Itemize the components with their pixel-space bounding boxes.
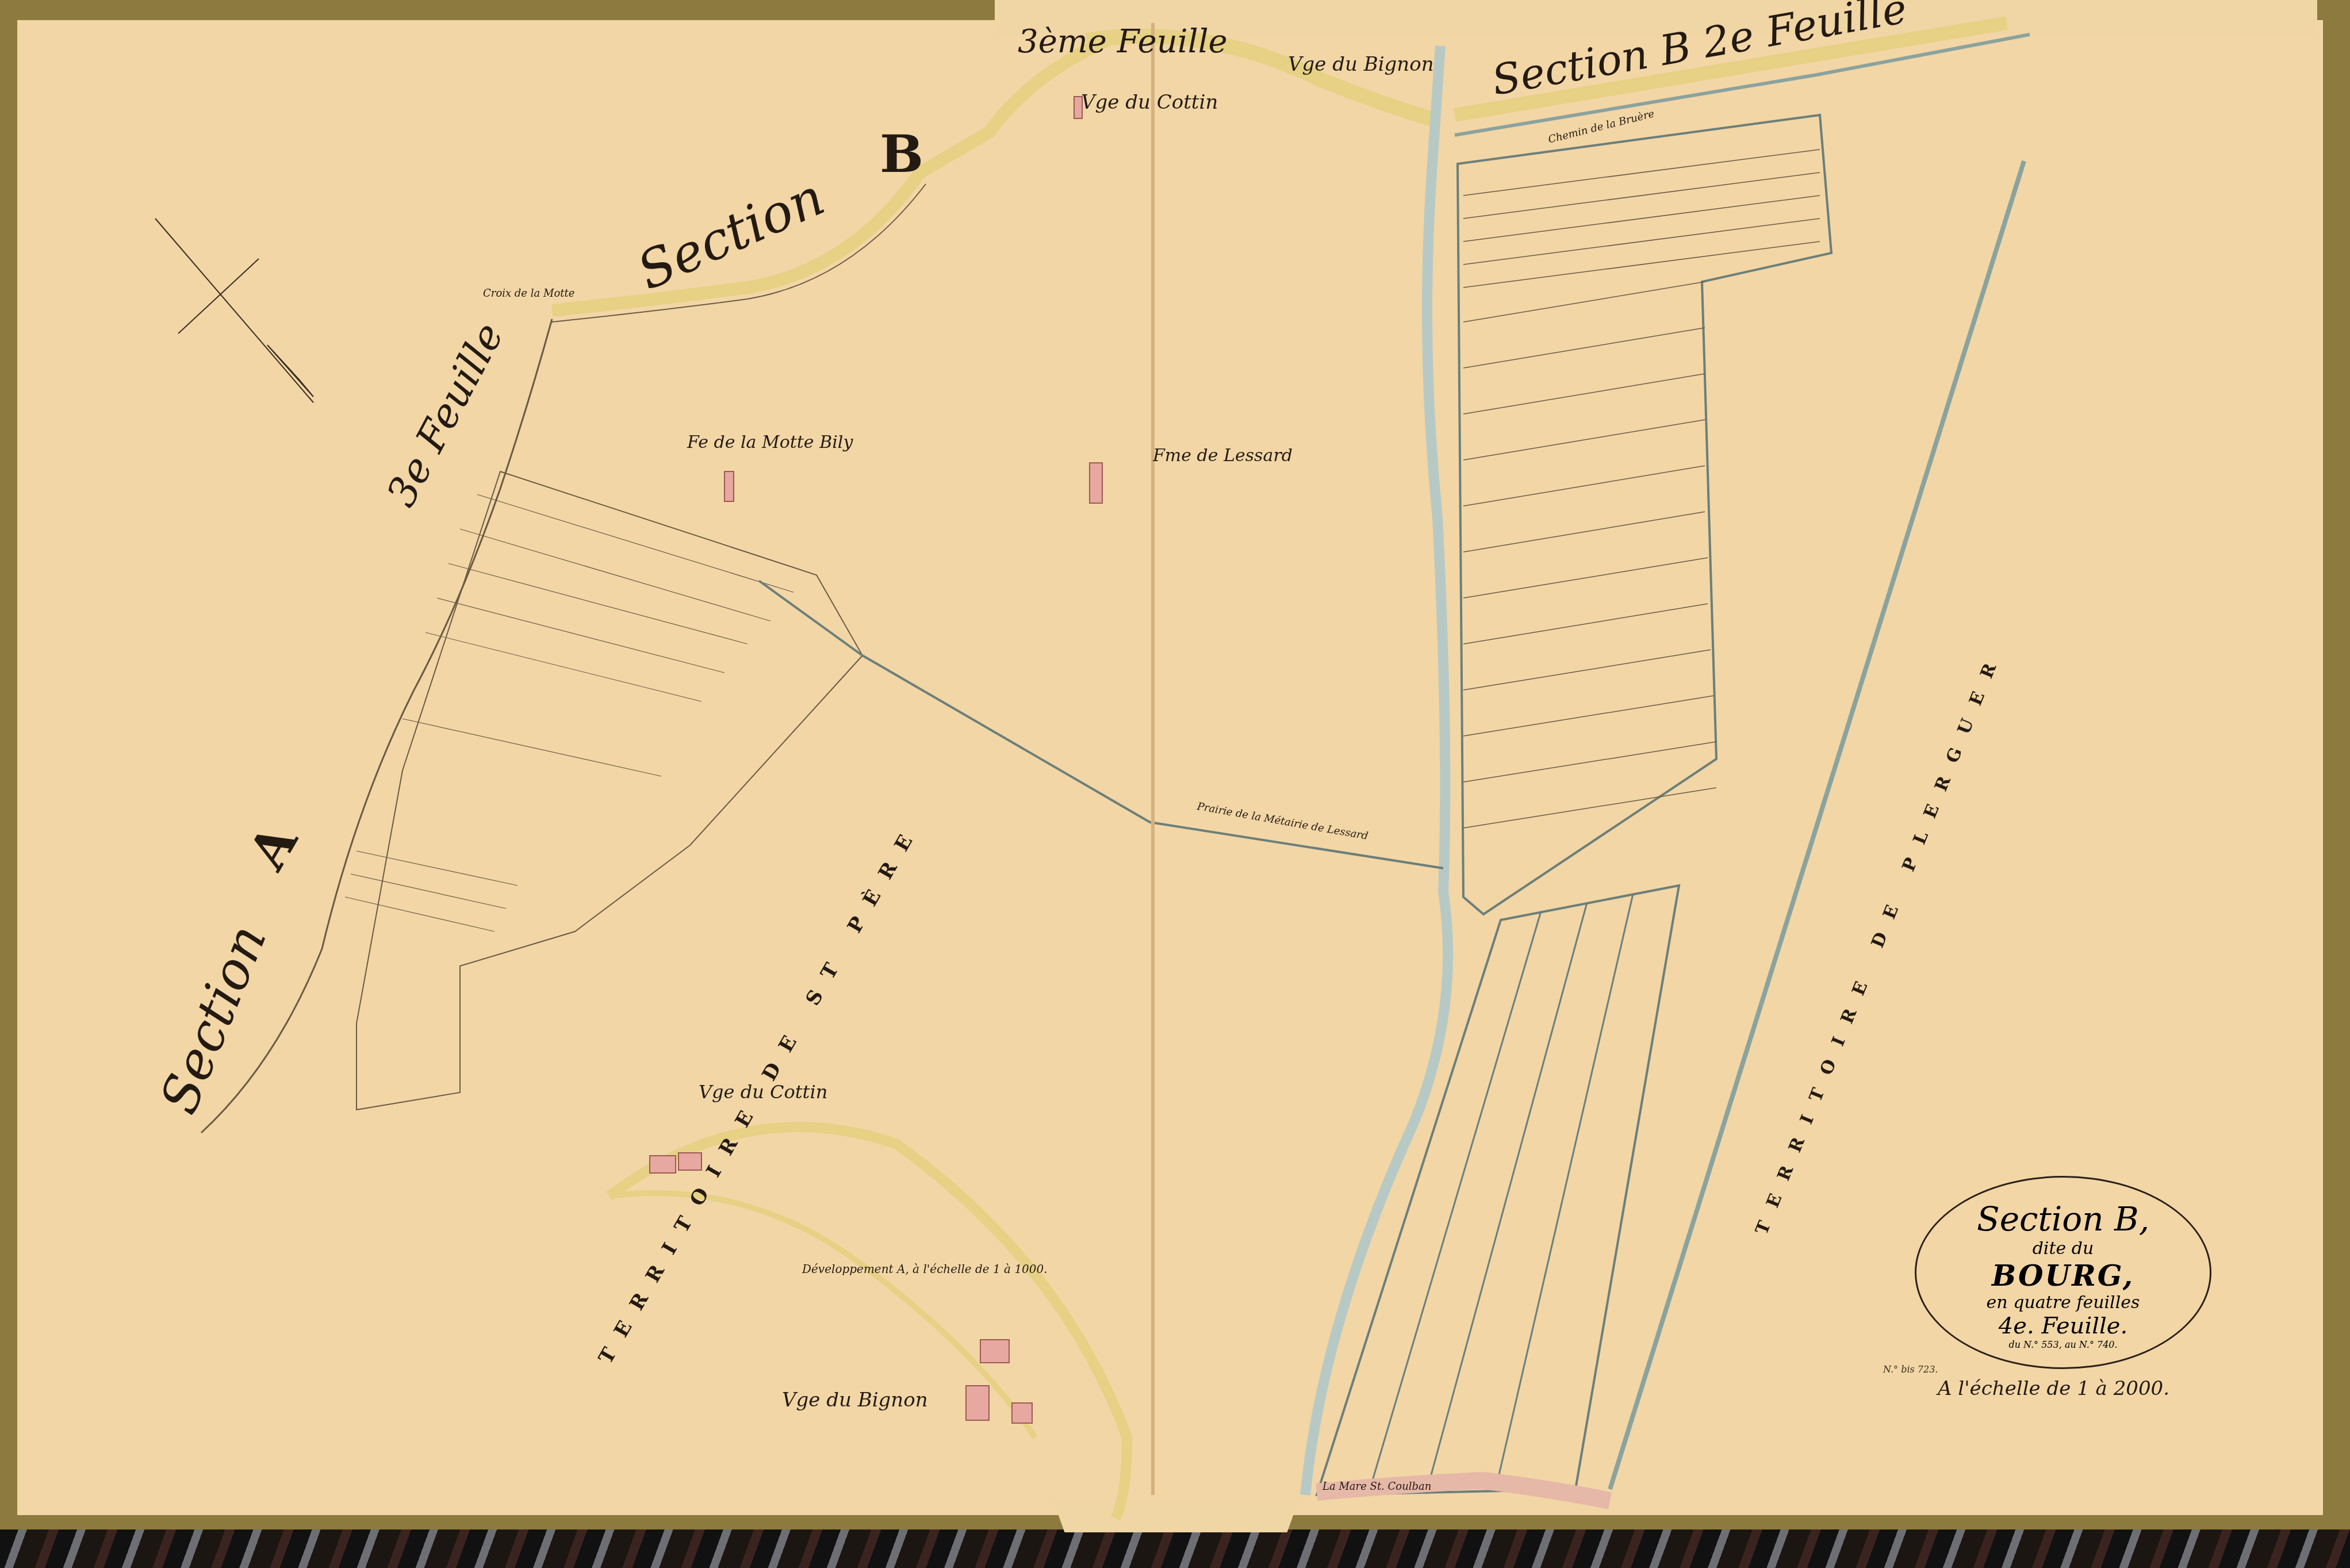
cartouche-sheet-number: 4e. Feuille. [1916,1313,2210,1339]
inset-scale-note: Développement A, à l'échelle de 1 à 1000… [802,1262,1048,1276]
place-motte-bily: Fe de la Motte Bily [687,432,853,453]
cartouche-dite: dite du [1916,1239,2210,1259]
river-meleuc [1305,46,1448,1495]
cartouche-sheets: en quatre feuilles [1916,1293,2210,1313]
title-cartouche: Section B, dite du BOURG, en quatre feui… [1915,1176,2211,1369]
cartouche-section: Section B, [1916,1199,2210,1239]
scale-label: A l'échelle de 1 à 2000. [1938,1377,2169,1400]
parcel-block-west [356,471,862,1110]
road-label-mare-coulban: La Mare St. Coulban [1322,1481,1431,1493]
chemin-vicinal [201,319,552,1133]
cartouche-name: BOURG, [1916,1259,2210,1293]
place-vge-cottin-top: Vge du Cottin [1081,91,1218,114]
parcel-strips [1463,149,1820,828]
cartouche-range: du N.° 553, au N.° 740. [1916,1339,2210,1350]
place-croix-motte: Croix de la Motte [483,287,574,300]
place-vge-bignon-top: Vge du Bignon [1288,53,1434,76]
place-vge-cottin-inset: Vge du Cottin [699,1081,827,1103]
compass-rose [155,218,313,402]
inset-road [609,1127,1127,1518]
label-3eme-feuille-top: 3ème Feuille [1018,23,1228,60]
place-lessard: Fme de Lessard [1153,446,1293,466]
place-vge-bignon-inset: Vge du Bignon [782,1389,928,1412]
parcel-block-south [1317,885,1679,1495]
road-guinoux [552,34,1121,310]
bis-note: N.° bis 723. [1883,1364,1938,1375]
label-letter-b: B [880,124,923,185]
